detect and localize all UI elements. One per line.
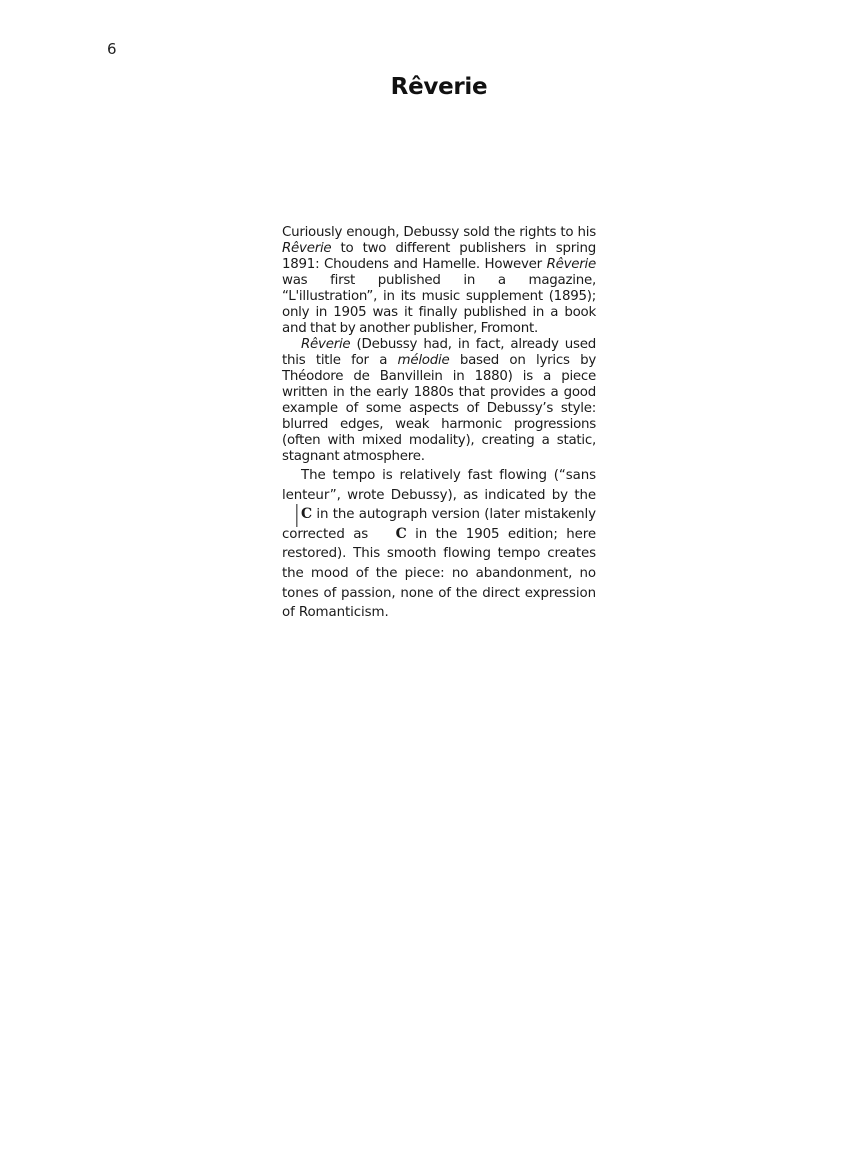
text-segment: Curiously enough, Debussy sold the right…: [282, 225, 596, 240]
page-title: Rêverie: [0, 72, 864, 102]
paragraph-3: The tempo is relatively fast flowing (“s…: [282, 466, 596, 623]
text-segment: based on lyrics by Théodore de Banvillei…: [282, 353, 596, 464]
paragraph-1: Curiously enough, Debussy sold the right…: [282, 225, 596, 337]
text-segment: was first published in a magazine, “L'il…: [282, 273, 596, 336]
paragraph-2: Rêverie (Debussy had, in fact, already u…: [282, 337, 596, 465]
italic-title: Rêverie: [301, 337, 350, 352]
cut-time-icon: C: [282, 505, 312, 525]
italic-term: mélodie: [398, 353, 450, 368]
italic-title: Rêverie: [547, 257, 596, 272]
italic-title: Rêverie: [282, 241, 331, 256]
common-time-icon: C: [377, 525, 407, 545]
page-number: 6: [107, 40, 117, 58]
text-segment: The tempo is relatively fast flowing (“s…: [282, 468, 596, 503]
body-text: Curiously enough, Debussy sold the right…: [282, 225, 596, 623]
